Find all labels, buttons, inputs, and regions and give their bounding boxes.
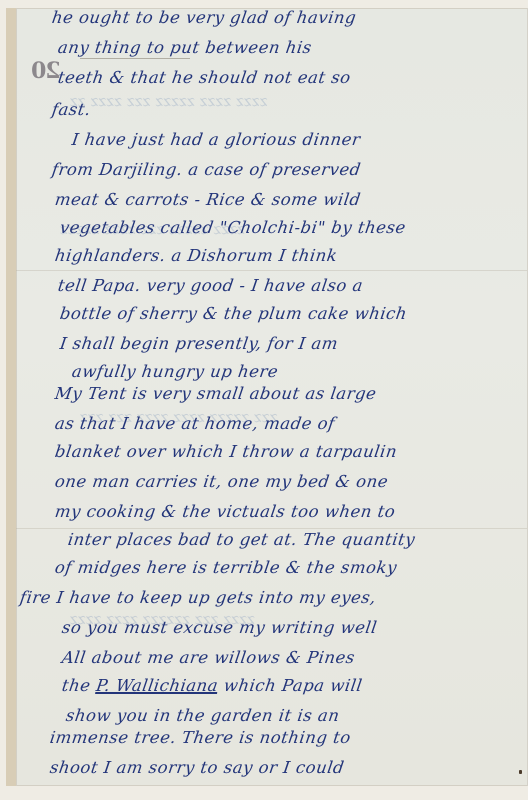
letter-body: zzzz zzzz zzzzz zzz zzzz zz zzzz zzzzz z… — [0, 0, 528, 800]
letter-line: so you must excuse my writing well — [61, 618, 379, 637]
letter-line: fast. — [51, 100, 92, 119]
letter-line: All about me are willows & Pines — [61, 648, 357, 667]
letter-line: blanket over which I throw a tarpaulin — [54, 442, 399, 461]
letter-line: bottle of sherry & the plum cake which — [59, 304, 409, 323]
letter-line: one man carries it, one my bed & one — [54, 472, 390, 491]
letter-line-with-underline: the P. Wallichiana which Papa will — [61, 676, 364, 695]
letter-line: he ought to be very glad of having — [51, 8, 358, 27]
letter-line: shoot I am sorry to say or I could — [49, 758, 346, 777]
letter-line: My Tent is very small about as large — [54, 384, 378, 403]
letter-line: inter places bad to get at. The quantity — [67, 530, 417, 549]
letter-line: meat & carrots - Rice & some wild — [54, 190, 362, 209]
letter-line: my cooking & the victuals too when to — [54, 502, 397, 521]
letter-line: I shall begin presently, for I am — [59, 334, 340, 353]
letter-line: teeth & that he should not eat so — [57, 68, 352, 87]
letter-line: from Darjiling. a case of preserved — [51, 160, 362, 179]
letter-line: any thing to put between his — [57, 38, 313, 57]
letter-line: fire I have to keep up gets into my eyes… — [19, 588, 378, 607]
letter-line: awfully hungry up here — [71, 362, 280, 381]
letter-line: vegetables called "Cholchi-bi" by these — [59, 218, 407, 237]
letter-line: immense tree. There is nothing to — [49, 728, 353, 747]
letter-line: highlanders. a Dishorum I think — [54, 246, 339, 265]
paper-speck — [519, 770, 522, 774]
letter-line: as that I have at home, made of — [54, 414, 337, 433]
letter-line: show you in the garden it is an — [65, 706, 341, 725]
letter-line: tell Papa. very good - I have also a — [57, 276, 365, 295]
letter-line: I have just had a glorious dinner — [71, 130, 362, 149]
underlined-species-name: P. Wallichiana — [95, 676, 220, 695]
letter-line: of midges here is terrible & the smoky — [54, 558, 399, 577]
